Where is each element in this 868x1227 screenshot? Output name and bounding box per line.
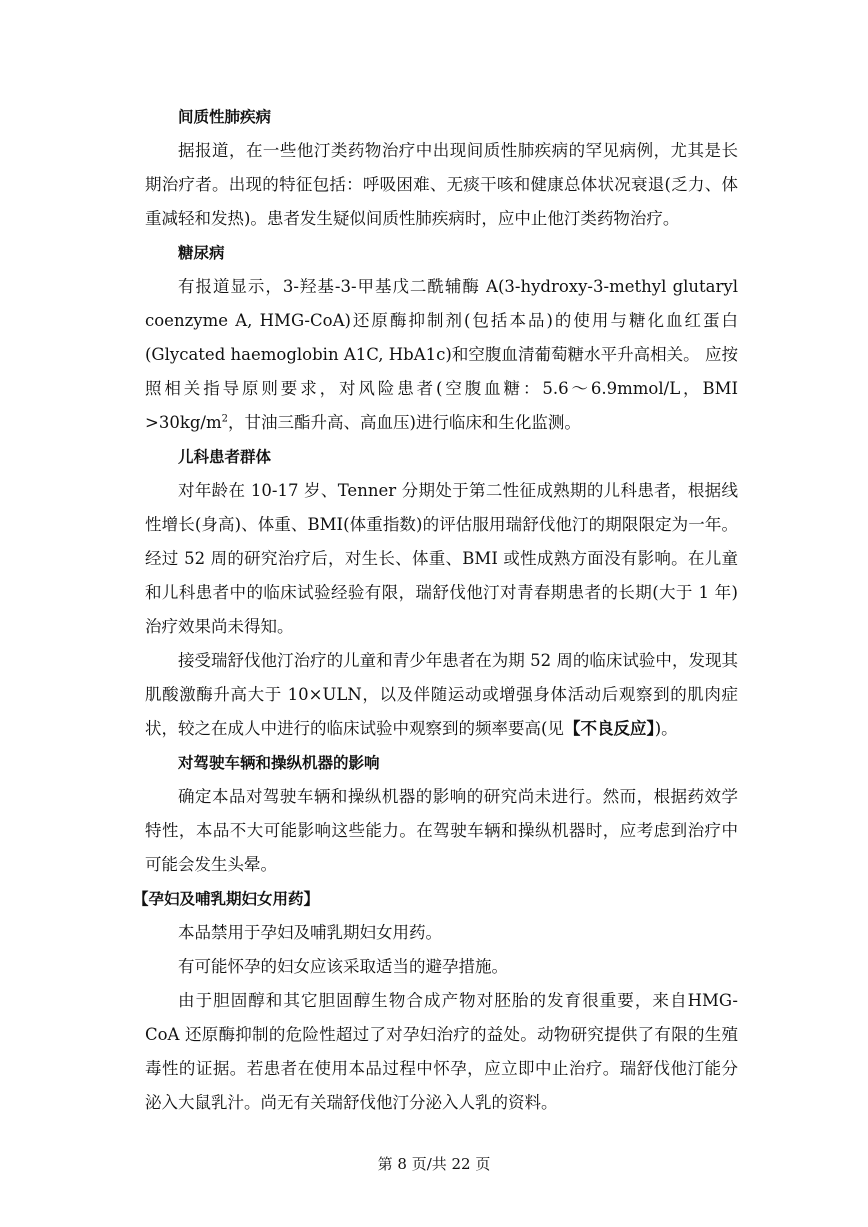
paragraph-pediatric-2-text-2: )。 xyxy=(655,719,678,738)
section-heading-pregnancy-lactation: 【孕妇及哺乳期妇女用药】 xyxy=(133,882,738,916)
section-heading-interstitial-lung-disease: 间质性肺疾病 xyxy=(145,100,738,134)
section-heading-diabetes: 糖尿病 xyxy=(145,236,738,270)
paragraph-pregnancy-1: 本品禁用于孕妇及哺乳期妇女用药。 xyxy=(145,916,738,950)
paragraph-pediatric-2: 接受瑞舒伐他汀治疗的儿童和青少年患者在为期 52 周的临床试验中，发现其肌酸激酶… xyxy=(145,644,738,746)
paragraph-diabetes-text-2: ，甘油三酯升高、高血压)进行临床和生化监测。 xyxy=(228,413,581,432)
section-heading-driving: 对驾驶车辆和操纵机器的影响 xyxy=(145,746,738,780)
adverse-reactions-reference: 【不良反应】 xyxy=(564,719,655,738)
document-page: 间质性肺疾病 据报道，在一些他汀类药物治疗中出现间质性肺疾病的罕见病例，尤其是长… xyxy=(145,100,738,1120)
section-heading-pediatric: 儿科患者群体 xyxy=(145,440,738,474)
page-number-footer: 第 8 页/共 22 页 xyxy=(0,1152,868,1176)
paragraph-diabetes: 有报道显示，3-羟基-3-甲基戊二酰辅酶 A(3-hydroxy-3-methy… xyxy=(145,270,738,440)
paragraph-interstitial-lung-disease: 据报道，在一些他汀类药物治疗中出现间质性肺疾病的罕见病例，尤其是长期治疗者。出现… xyxy=(145,134,738,236)
paragraph-pregnancy-2: 有可能怀孕的妇女应该采取适当的避孕措施。 xyxy=(145,950,738,984)
paragraph-driving: 确定本品对驾驶车辆和操纵机器的影响的研究尚未进行。然而，根据药效学特性，本品不大… xyxy=(145,780,738,882)
paragraph-pediatric-1: 对年龄在 10-17 岁、Tenner 分期处于第二性征成熟期的儿科患者，根据线… xyxy=(145,474,738,644)
paragraph-diabetes-text-1: 有报道显示，3-羟基-3-甲基戊二酰辅酶 A(3-hydroxy-3-methy… xyxy=(145,277,738,432)
paragraph-pregnancy-3: 由于胆固醇和其它胆固醇生物合成产物对胚胎的发育很重要，来自HMG-CoA 还原酶… xyxy=(145,984,738,1120)
